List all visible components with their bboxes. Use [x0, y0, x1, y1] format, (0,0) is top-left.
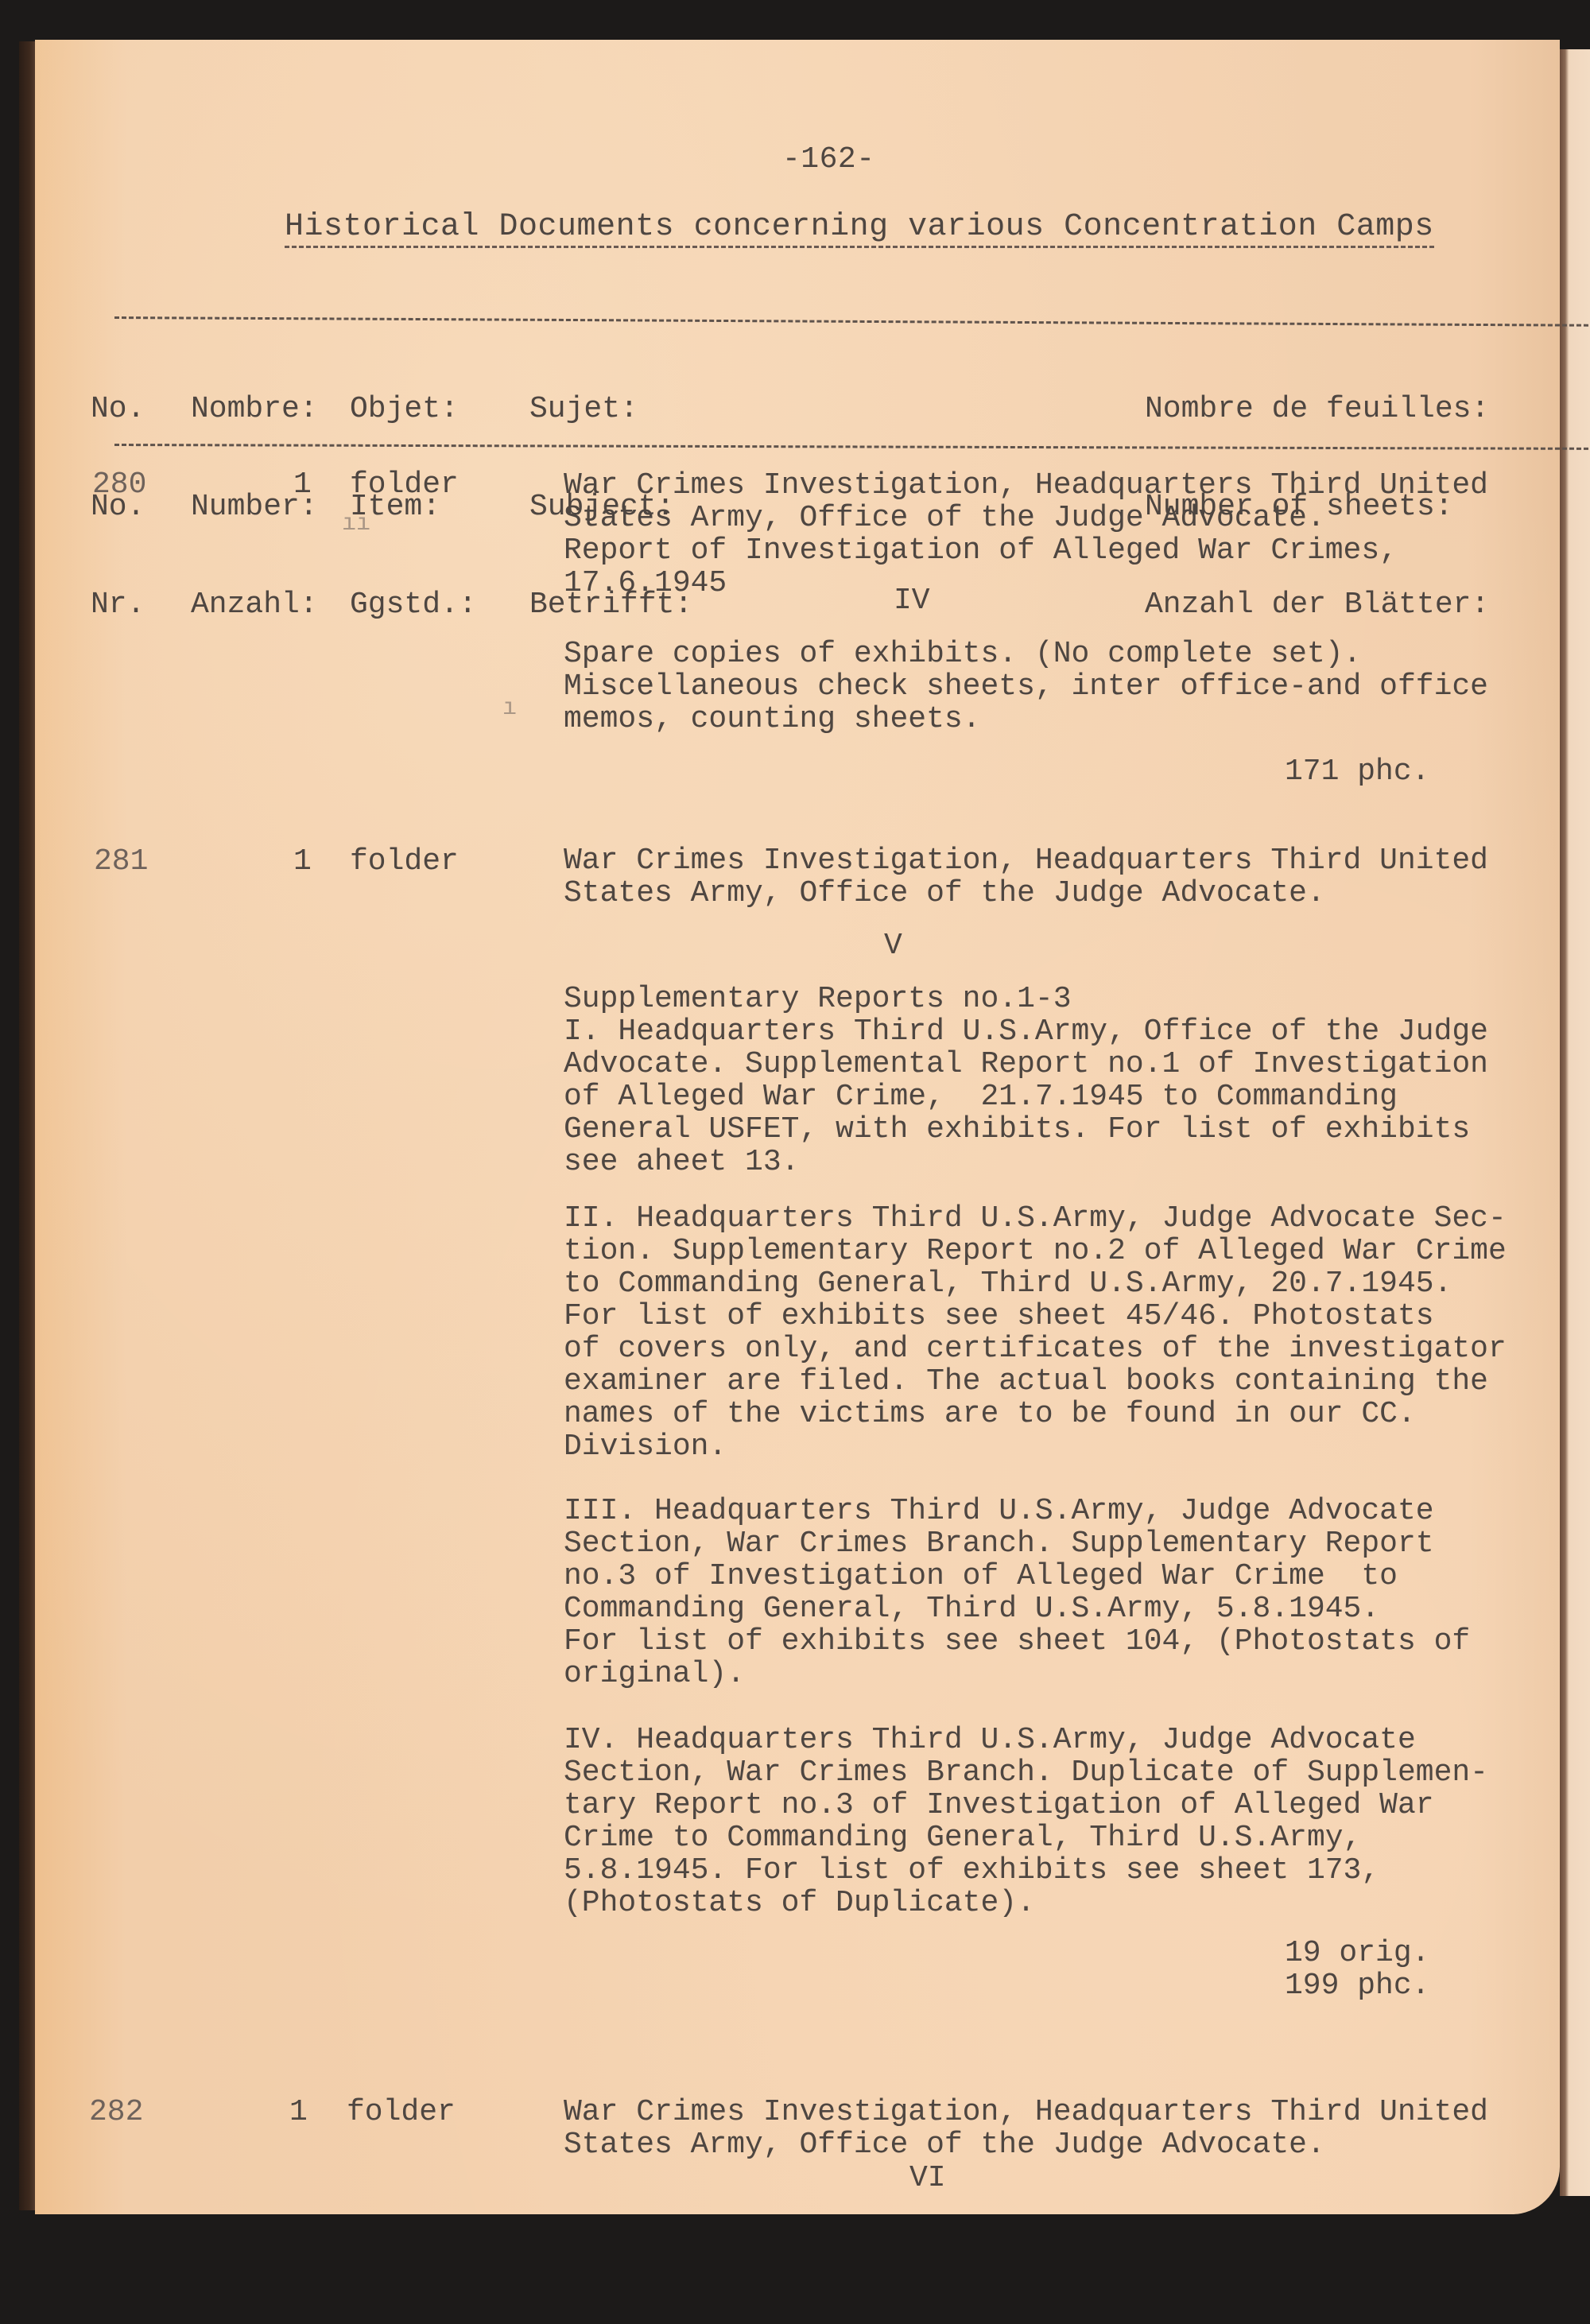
header-rule-top	[114, 316, 1588, 327]
entry-number: 280	[92, 468, 146, 502]
book-spine-edge	[19, 41, 37, 2210]
header-sheets-fr: Nombre de feuilles:	[1145, 393, 1489, 425]
header-col-no: No. No. Nr.	[91, 328, 163, 686]
entry-item-type: folder	[350, 468, 459, 502]
entry-quantity: 1	[289, 2095, 308, 2129]
header-item-de: Ggstd.:	[350, 588, 477, 621]
header-col-number: Nombre: Number: Anzahl:	[191, 328, 318, 686]
entry-paragraph: Spare copies of exhibits. (No complete s…	[564, 638, 1589, 735]
ink-smudge-mark: ı	[502, 695, 517, 722]
entry-item-type: folder	[347, 2095, 456, 2129]
header-subject-fr: Sujet:	[529, 393, 692, 425]
ink-smudge-mark: ıı	[342, 510, 370, 537]
document-page: -162- Historical Documents concerning va…	[35, 40, 1560, 2214]
entry-subject: War Crimes Investigation, Headquarters T…	[564, 2096, 1589, 2161]
entry-number: 282	[89, 2095, 143, 2129]
entry-roman-numeral: VI	[909, 2161, 946, 2195]
entry-sheet-count: 171 phc.	[1285, 755, 1429, 788]
header-no-fr: No.	[91, 393, 163, 425]
header-item-fr: Objet:	[350, 393, 477, 425]
entry-subject: War Crimes Investigation, Headquarters T…	[564, 469, 1589, 599]
entry-paragraph: III. Headquarters Third U.S.Army, Judge …	[564, 1495, 1589, 1690]
header-number-fr: Nombre:	[191, 393, 318, 425]
entry-paragraph: Supplementary Reports no.1-3 I. Headquar…	[564, 983, 1589, 1178]
page-number: -162-	[782, 143, 875, 176]
entry-subject: War Crimes Investigation, Headquarters T…	[564, 844, 1589, 910]
entry-sheet-count: 19 orig. 199 phc.	[1285, 1937, 1429, 2002]
header-no-de: Nr.	[91, 588, 163, 621]
header-number-de: Anzahl:	[191, 588, 318, 621]
page-title: Historical Documents concerning various …	[285, 211, 1434, 248]
entry-quantity: 1	[293, 844, 312, 879]
entry-roman-numeral: IV	[894, 584, 930, 618]
entry-paragraph: II. Headquarters Third U.S.Army, Judge A…	[564, 1202, 1589, 1463]
entry-roman-numeral: V	[884, 929, 902, 963]
entry-item-type: folder	[350, 844, 459, 879]
entry-number: 281	[94, 844, 148, 879]
entry-paragraph: IV. Headquarters Third U.S.Army, Judge A…	[564, 1724, 1589, 1919]
entry-quantity: 1	[293, 468, 312, 502]
header-col-item: Objet: Item: Ggstd.:	[350, 328, 477, 686]
